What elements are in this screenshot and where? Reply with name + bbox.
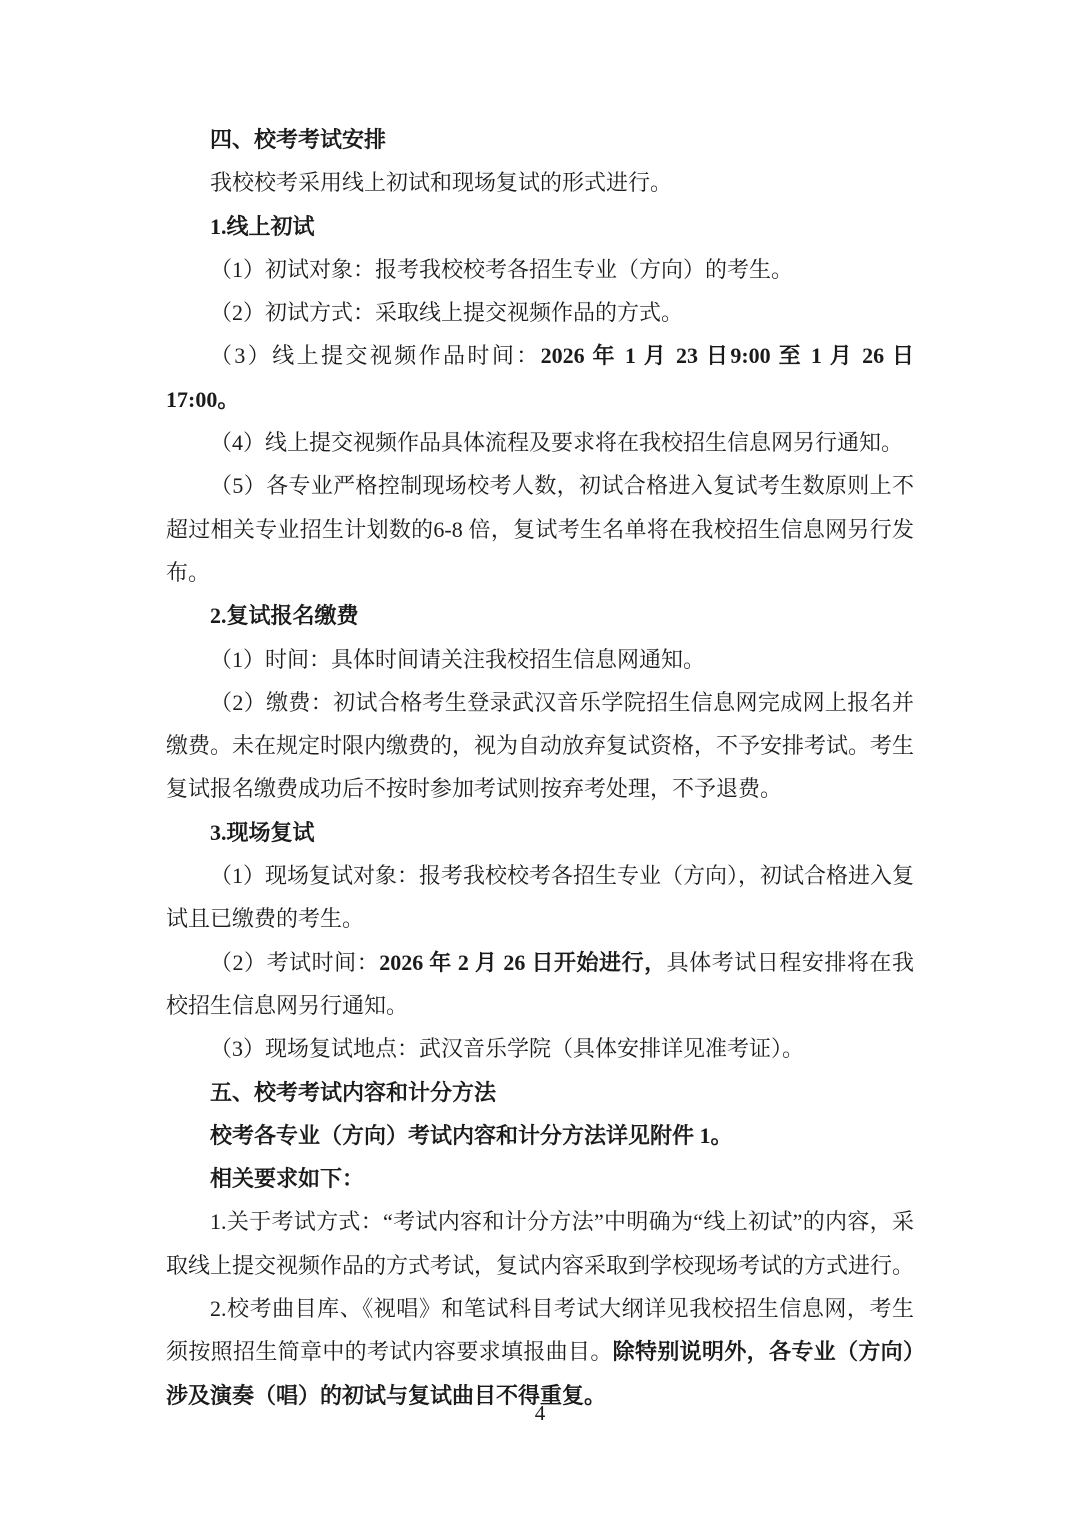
paragraph: 1.关于考试方式：“考试内容和计分方法”中明确为“线上初试”的内容，采取线上提交…	[166, 1200, 914, 1287]
paragraph: （1）现场复试对象：报考我校校考各招生专业（方向），初试合格进入复试且已缴费的考…	[166, 854, 914, 941]
text-run-bold: 四、校考考试安排	[210, 127, 386, 152]
section-heading: 校考各专业（方向）考试内容和计分方法详见附件 1。	[166, 1114, 914, 1157]
text-run: （2）缴费：初试合格考生登录武汉音乐学院招生信息网完成网上报名并缴费。未在规定时…	[166, 690, 914, 802]
paragraph: （5）各专业严格控制现场校考人数，初试合格进入复试考生数原则上不超过相关专业招生…	[166, 464, 914, 594]
text-run-bold: 校考各专业（方向）考试内容和计分方法详见附件 1。	[210, 1123, 733, 1148]
document-page: 四、校考考试安排我校校考采用线上初试和现场复试的形式进行。1.线上初试（1）初试…	[0, 0, 1080, 1528]
paragraph: （2）考试时间：2026 年 2 月 26 日开始进行，具体考试日程安排将在我校…	[166, 941, 914, 1028]
page-number: 4	[0, 1398, 1080, 1428]
paragraph: 我校校考采用线上初试和现场复试的形式进行。	[166, 161, 914, 204]
text-run: 1.关于考试方式：“考试内容和计分方法”中明确为“线上初试”的内容，采取线上提交…	[166, 1209, 914, 1277]
text-run-bold: 2026 年 2 月 26 日开始进行，	[379, 950, 666, 975]
section-heading: 五、校考考试内容和计分方法	[166, 1071, 914, 1114]
section-heading: 相关要求如下：	[166, 1157, 914, 1200]
text-run-bold: 2.复试报名缴费	[210, 603, 359, 628]
paragraph: （1）时间：具体时间请关注我校招生信息网通知。	[166, 638, 914, 681]
section-heading: 1.线上初试	[166, 205, 914, 248]
paragraph: （2）缴费：初试合格考生登录武汉音乐学院招生信息网完成网上报名并缴费。未在规定时…	[166, 681, 914, 811]
text-run: （2）初试方式：采取线上提交视频作品的方式。	[210, 300, 683, 325]
section-heading: 四、校考考试安排	[166, 118, 914, 161]
paragraph: （2）初试方式：采取线上提交视频作品的方式。	[166, 291, 914, 334]
text-run-bold: 五、校考考试内容和计分方法	[210, 1080, 496, 1105]
text-run: （2）考试时间：	[210, 950, 379, 975]
text-run: 我校校考采用线上初试和现场复试的形式进行。	[210, 170, 672, 195]
text-run-bold: 3.现场复试	[210, 820, 315, 845]
text-run: （1）时间：具体时间请关注我校招生信息网通知。	[210, 647, 705, 672]
paragraph: （4）线上提交视频作品具体流程及要求将在我校招生信息网另行通知。	[166, 421, 914, 464]
text-run-bold: 相关要求如下：	[210, 1166, 364, 1191]
paragraph: （3）现场复试地点：武汉音乐学院（具体安排详见准考证）。	[166, 1027, 914, 1070]
text-run: （1）初试对象：报考我校校考各招生专业（方向）的考生。	[210, 257, 793, 282]
section-heading: 2.复试报名缴费	[166, 594, 914, 637]
text-run: （5）各专业严格控制现场校考人数，初试合格进入复试考生数原则上不超过相关专业招生…	[166, 473, 914, 585]
paragraph: （3）线上提交视频作品时间：2026 年 1 月 23 日9:00 至 1 月 …	[166, 334, 914, 421]
document-body: 四、校考考试安排我校校考采用线上初试和现场复试的形式进行。1.线上初试（1）初试…	[166, 118, 914, 1417]
text-run-bold: 1.线上初试	[210, 214, 315, 239]
text-run: （3）现场复试地点：武汉音乐学院（具体安排详见准考证）。	[210, 1036, 804, 1061]
text-run: （3）线上提交视频作品时间：	[210, 343, 541, 368]
text-run: （4）线上提交视频作品具体流程及要求将在我校招生信息网另行通知。	[210, 430, 903, 455]
text-run: （1）现场复试对象：报考我校校考各招生专业（方向），初试合格进入复试且已缴费的考…	[166, 863, 914, 931]
section-heading: 3.现场复试	[166, 811, 914, 854]
paragraph: （1）初试对象：报考我校校考各招生专业（方向）的考生。	[166, 248, 914, 291]
